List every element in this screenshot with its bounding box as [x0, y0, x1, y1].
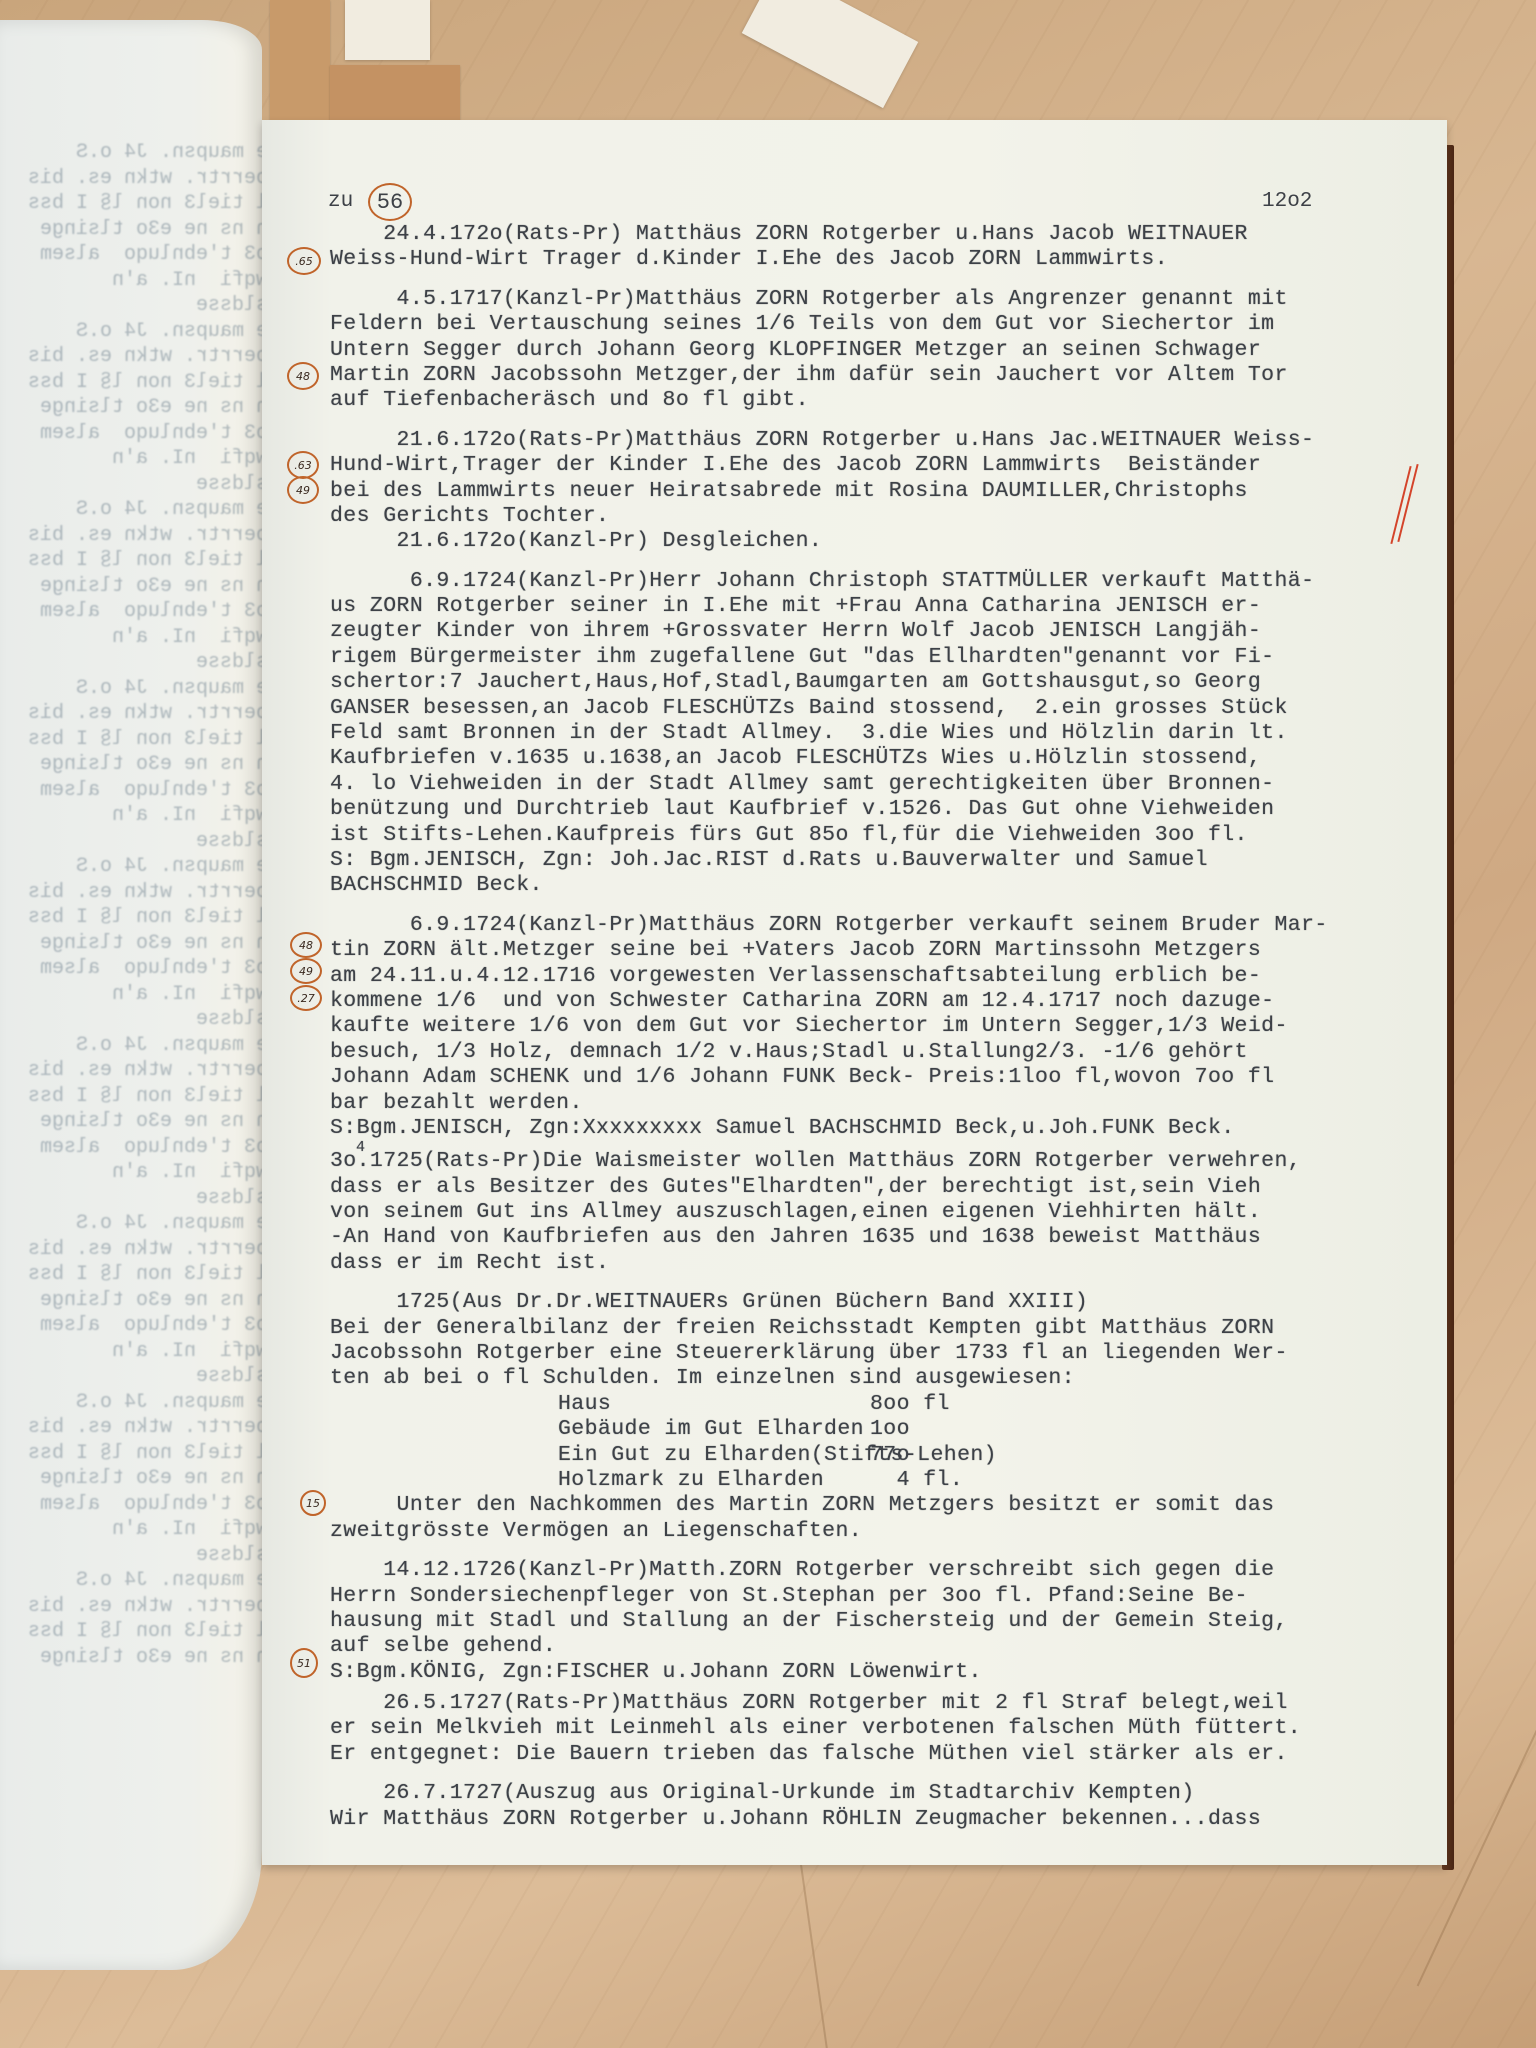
text-line: Unter den Nachkommen des Martin ZORN Met…	[330, 1493, 1440, 1518]
margin-note: .27	[297, 992, 315, 1005]
text-line: dass er als Besitzer des Gutes"Elhardten…	[330, 1175, 1440, 1200]
text-line: 26.7.1727(Auszug aus Original-Urkunde im…	[330, 1781, 1440, 1806]
text-line: bei des Lammwirts neuer Heiratsabrede mi…	[330, 479, 1440, 504]
asset-row: Haus8oo fl	[330, 1392, 1440, 1417]
left-page: se maupsn. J4 o.S toerrtr. wtkn es. bis …	[0, 20, 262, 1970]
paper-slip	[345, 0, 430, 60]
text-line: ist Stifts-Lehen.Kaufpreis fürs Gut 85o …	[330, 823, 1440, 848]
text-line: us ZORN Rotgerber seiner in I.Ehe mit +F…	[330, 594, 1440, 619]
bookmark-card	[330, 65, 460, 125]
left-page-bleed-text: se maupsn. J4 o.S toerrtr. wtkn es. bis …	[0, 140, 262, 1670]
assets-table: Haus8oo fl Gebäude im Gut Elharden1oo Ei…	[330, 1392, 1440, 1494]
margin-note-circle: 48	[290, 932, 322, 958]
entry-1726-12-14: 14.12.1726(Kanzl-Pr)Matth.ZORN Rotgerber…	[330, 1558, 1440, 1685]
superscript-month: 4	[356, 1135, 365, 1160]
margin-note: 48	[299, 939, 313, 952]
entry-1717-05-04: 4.5.1717(Kanzl-Pr)Matthäus ZORN Rotgerbe…	[330, 287, 1440, 414]
text-line: Er entgegnet: Die Bauern trieben das fal…	[330, 1742, 1440, 1767]
text-line: kommene 1/6 und von Schwester Catharina …	[330, 989, 1440, 1014]
text-line: Feld samt Bronnen in der Stadt Allmey. 3…	[330, 721, 1440, 746]
margin-note: 15	[306, 1497, 320, 1510]
text-line: Feldern bei Vertauschung seines 1/6 Teil…	[330, 312, 1440, 337]
entry-1720-06-21-rats: 21.6.172o(Rats-Pr)Matthäus ZORN Rotgerbe…	[330, 428, 1440, 530]
text-line: -An Hand von Kaufbriefen aus den Jahren …	[330, 1225, 1440, 1250]
margin-note-circle: 51	[290, 1648, 318, 1678]
entry-1725-generalbilanz: 1725(Aus Dr.Dr.WEITNAUERs Grünen Büchern…	[330, 1290, 1440, 1544]
text-line: kaufte weitere 1/6 von dem Gut vor Siech…	[330, 1014, 1440, 1039]
text-line: Johann Adam SCHENK und 1/6 Johann FUNK B…	[330, 1065, 1440, 1090]
margin-note-circle: 49	[290, 958, 322, 984]
header-prefix: zu	[328, 190, 353, 213]
entry-1727-07-26: 26.7.1727(Auszug aus Original-Urkunde im…	[330, 1781, 1440, 1832]
text-line: Martin ZORN Jacobssohn Metzger,der ihm d…	[330, 363, 1440, 388]
entry-1720-04-24: 24.4.172o(Rats-Pr) Matthäus ZORN Rotgerb…	[330, 222, 1440, 273]
entry-1720-06-21-kanzl: 21.6.172o(Kanzl-Pr) Desgleichen.	[330, 529, 1440, 554]
text-line: Hund-Wirt,Trager der Kinder I.Ehe des Ja…	[330, 453, 1440, 478]
entry-1724-09-06-b: 6.9.1724(Kanzl-Pr)Matthäus ZORN Rotgerbe…	[330, 913, 1440, 1142]
text-line: rigem Bürgermeister ihm zugefallene Gut …	[330, 645, 1440, 670]
text-line: S:Bgm.JENISCH, Zgn:Xxxxxxxxx Samuel BACH…	[330, 1116, 1440, 1141]
margin-note-circle: .63	[287, 451, 319, 479]
margin-note: .65	[295, 255, 313, 268]
text-line: schertor:7 Jauchert,Haus,Hof,Stadl,Baumg…	[330, 670, 1440, 695]
reference-number: 56	[377, 190, 403, 215]
text-line: ten ab bei o fl Schulden. Im einzelnen s…	[330, 1366, 1440, 1391]
table-seam	[798, 1851, 828, 2048]
margin-note: 49	[296, 484, 310, 497]
text-line: 1725(Aus Dr.Dr.WEITNAUERs Grünen Büchern…	[330, 1290, 1440, 1315]
reference-number-circle: 56	[368, 183, 412, 221]
text-line: GANSER besessen,an Jacob FLESCHÜTZs Bain…	[330, 696, 1440, 721]
text-line: 6.9.1724(Kanzl-Pr)Matthäus ZORN Rotgerbe…	[330, 913, 1440, 938]
text-line: auf selbe gehend.	[330, 1634, 1440, 1659]
bookmark-card	[270, 0, 330, 125]
text-line: bar bezahlt werden.	[330, 1091, 1440, 1116]
text-line: hausung mit Stadl und Stallung an der Fi…	[330, 1609, 1440, 1634]
text-line: besuch, 1/3 Holz, demnach 1/2 v.Haus;Sta…	[330, 1040, 1440, 1065]
text-line: zeugter Kinder von ihrem +Grossvater Her…	[330, 619, 1440, 644]
margin-note: 49	[299, 965, 313, 978]
text-line: Kaufbriefen v.1635 u.1638,an Jacob FLESC…	[330, 746, 1440, 771]
page-number: 12o2	[1262, 190, 1312, 213]
margin-note-circle: 49	[287, 476, 319, 504]
margin-note-circle: 48	[287, 362, 319, 390]
text-line: tin ZORN ält.Metzger seine bei +Vaters J…	[330, 938, 1440, 963]
margin-note-circle: 15	[300, 1490, 326, 1516]
text-line: S:Bgm.KÖNIG, Zgn:FISCHER u.Johann ZORN L…	[330, 1660, 1440, 1685]
text-line: 3o.1725(Rats-Pr)Die Waismeister wollen M…	[330, 1149, 1440, 1174]
text-line: Wir Matthäus ZORN Rotgerber u.Johann RÖH…	[330, 1807, 1440, 1832]
text-line: BACHSCHMID Beck.	[330, 873, 1440, 898]
typewritten-text: 24.4.172o(Rats-Pr) Matthäus ZORN Rotgerb…	[330, 222, 1440, 1832]
text-line: 4. lo Viehweiden in der Stadt Allmey sam…	[330, 772, 1440, 797]
text-line: dass er im Recht ist.	[330, 1251, 1440, 1276]
text-line: des Gerichts Tochter.	[330, 504, 1440, 529]
text-line: Jacobssohn Rotgerber eine Steuererklärun…	[330, 1341, 1440, 1366]
text-line: Herrn Sondersiechenpfleger von St.Stepha…	[330, 1584, 1440, 1609]
text-line: 24.4.172o(Rats-Pr) Matthäus ZORN Rotgerb…	[330, 222, 1440, 247]
text-line: von seinem Gut ins Allmey auszuschlagen,…	[330, 1200, 1440, 1225]
margin-note-circle: .27	[290, 985, 322, 1011]
text-line: 26.5.1727(Rats-Pr)Matthäus ZORN Rotgerbe…	[330, 1691, 1440, 1716]
text-line: S: Bgm.JENISCH, Zgn: Joh.Jac.RIST d.Rats…	[330, 848, 1440, 873]
asset-row: Ein Gut zu Elharden(Stifts-Lehen)77o	[330, 1443, 1440, 1468]
text-line: Weiss-Hund-Wirt Trager d.Kinder I.Ehe de…	[330, 247, 1440, 272]
text-line: benützung und Durchtrieb laut Kaufbrief …	[330, 797, 1440, 822]
asset-row: Gebäude im Gut Elharden1oo	[330, 1417, 1440, 1442]
text-line: 21.6.172o(Rats-Pr)Matthäus ZORN Rotgerbe…	[330, 428, 1440, 453]
asset-row: Holzmark zu Elharden 4 fl.	[330, 1468, 1440, 1493]
text-line: 6.9.1724(Kanzl-Pr)Herr Johann Christoph …	[330, 569, 1440, 594]
text-line: 21.6.172o(Kanzl-Pr) Desgleichen.	[330, 529, 1440, 554]
text-line: auf Tiefenbacheräsch und 8o fl gibt.	[330, 388, 1440, 413]
entry-1725-04-30: 4 3o.1725(Rats-Pr)Die Waismeister wollen…	[330, 1149, 1440, 1276]
margin-note-circle: .65	[287, 247, 321, 275]
margin-note: 51	[297, 1657, 311, 1670]
entry-1724-09-06-a: 6.9.1724(Kanzl-Pr)Herr Johann Christoph …	[330, 569, 1440, 899]
text-line: er sein Melkvieh mit Leinmehl als einer …	[330, 1716, 1440, 1741]
text-line: am 24.11.u.4.12.1716 vorgewesten Verlass…	[330, 964, 1440, 989]
text-line: 14.12.1726(Kanzl-Pr)Matth.ZORN Rotgerber…	[330, 1558, 1440, 1583]
margin-note: .63	[294, 459, 312, 472]
margin-note: 48	[296, 370, 310, 383]
text-line: Bei der Generalbilanz der freien Reichss…	[330, 1316, 1440, 1341]
paper-slip	[742, 0, 918, 108]
text-line: zweitgrösste Vermögen an Liegenschaften.	[330, 1519, 1440, 1544]
text-line: Untern Segger durch Johann Georg KLOPFIN…	[330, 338, 1440, 363]
text-line: 4.5.1717(Kanzl-Pr)Matthäus ZORN Rotgerbe…	[330, 287, 1440, 312]
entry-1727-05-26: 26.5.1727(Rats-Pr)Matthäus ZORN Rotgerbe…	[330, 1691, 1440, 1767]
